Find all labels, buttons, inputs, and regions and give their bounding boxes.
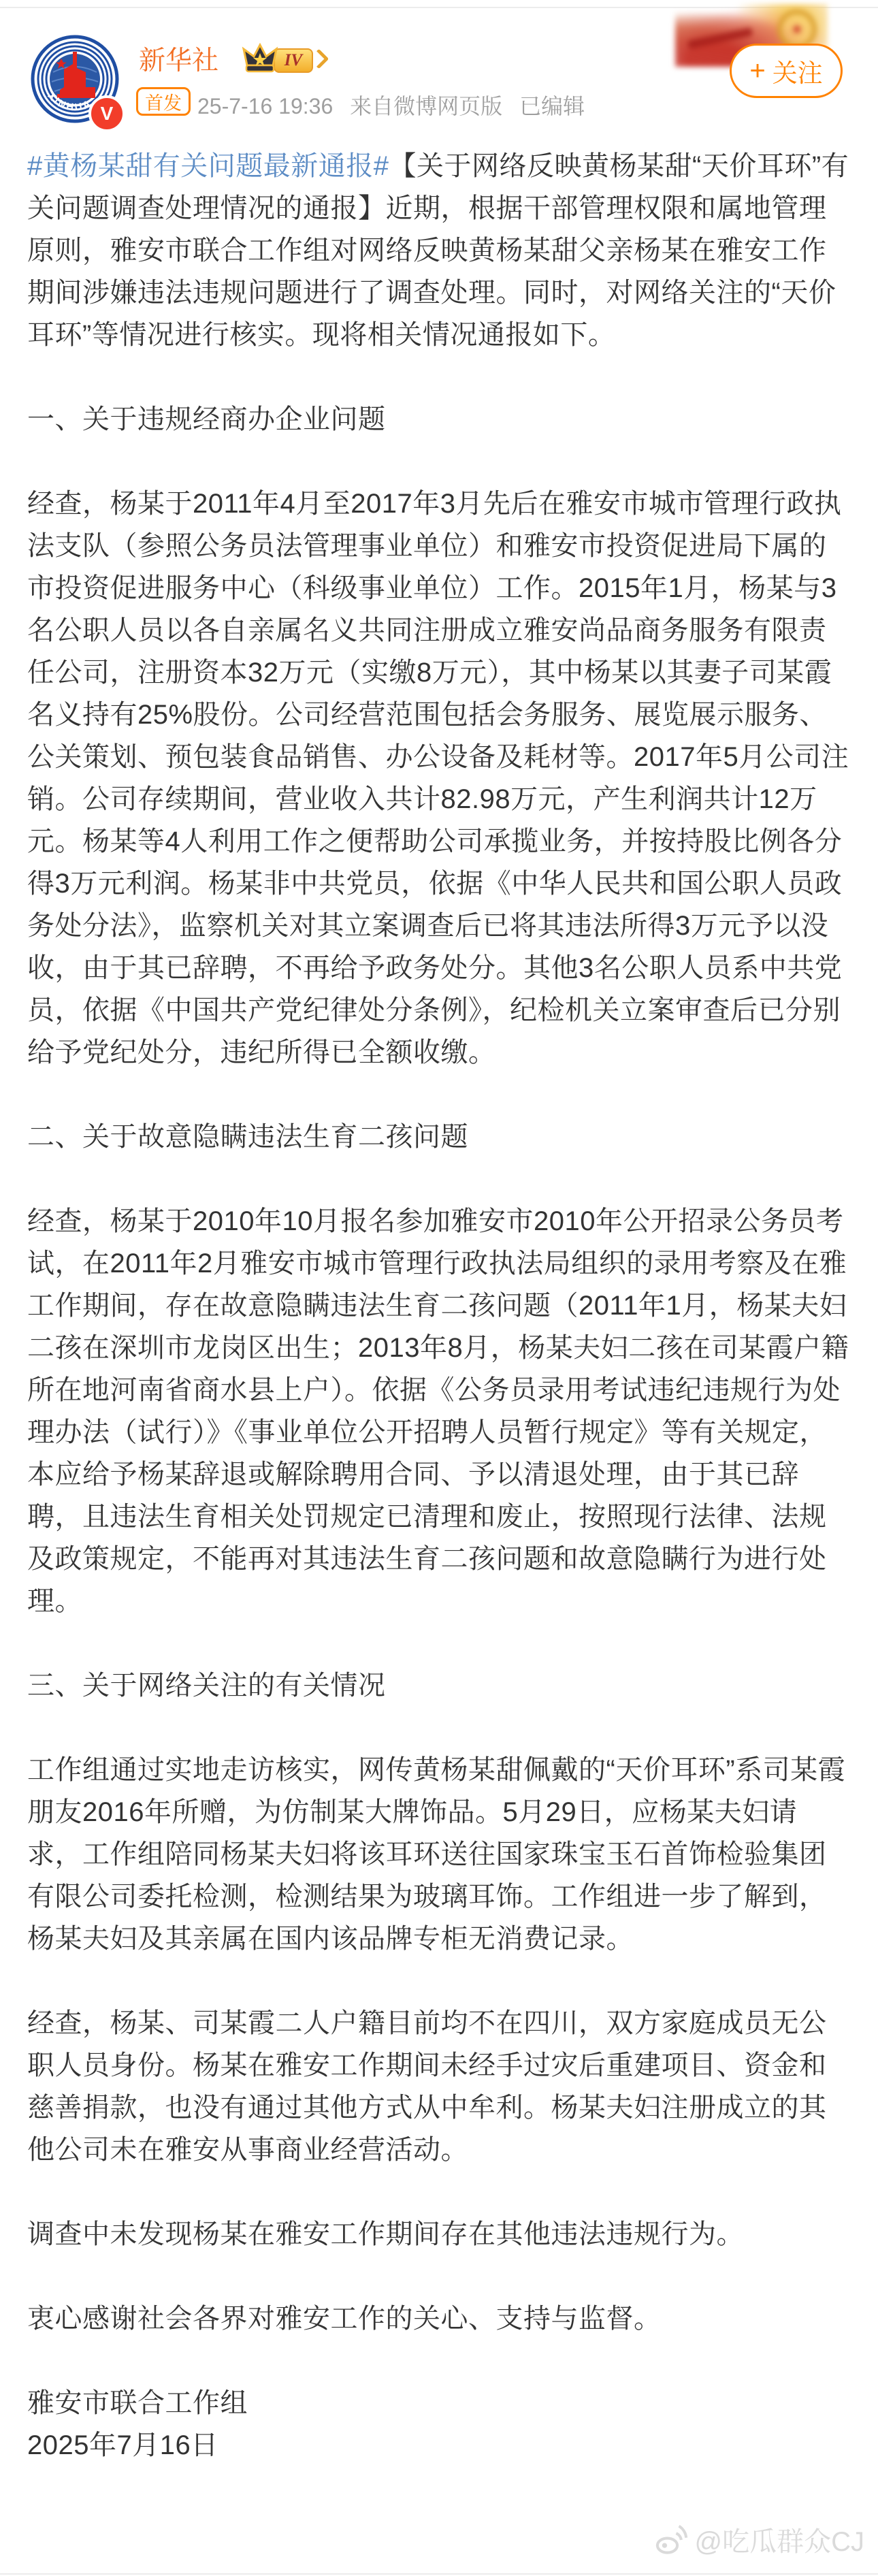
post-paragraph: 一、关于违规经商办企业问题 [27, 398, 852, 440]
post-time: 25-7-16 19:36 [197, 94, 333, 118]
post-body: #黄杨某甜有关问题最新通报#【关于网络反映黄杨某甜“天价耳环”有关问题调查处理情… [27, 145, 852, 2466]
hashtag-link[interactable]: #黄杨某甜有关问题最新通报# [27, 151, 389, 181]
text-run: 调查中未发现杨某在雅安工作期间存在其他违法违规行为。 [27, 2219, 744, 2249]
post-meta: 25-7-16 19:36 来自微博网页版 已编辑 [197, 89, 596, 120]
post-paragraph: 经查，杨某于2011年4月至2017年3月先后在雅安市城市管理行政执法支队（参照… [27, 483, 852, 1074]
post-paragraph: 二、关于故意隐瞒违法生育二孩问题 [27, 1116, 852, 1158]
text-run: 经查，杨某、司某霞二人户籍目前均不在四川，双方家庭成员无公职人员身份。杨某在雅安… [27, 2008, 827, 2165]
text-run: 二、关于故意隐瞒违法生育二孩问题 [27, 1122, 468, 1152]
post-paragraph: 调查中未发现杨某在雅安工作期间存在其他违法违规行为。 [27, 2213, 852, 2255]
text-run: 一、关于违规经商办企业问题 [27, 404, 386, 434]
post-paragraph: 三、关于网络关注的有关情况 [27, 1664, 852, 1707]
follow-button[interactable]: + 关注 [730, 44, 843, 98]
post-edited-flag: 已编辑 [519, 94, 585, 118]
text-run: 经查，杨某于2010年10月报名参加雅安市2010年公开招录公务员考试，在201… [27, 1206, 849, 1616]
plus-icon: + [749, 57, 765, 84]
text-run: 经查，杨某于2011年4月至2017年3月先后在雅安市城市管理行政执法支队（参照… [27, 489, 849, 1067]
follow-label: 关注 [773, 52, 823, 89]
first-release-badge: 首发 [136, 87, 191, 116]
bottom-divider [0, 2573, 878, 2575]
weibo-logo-icon [654, 2522, 689, 2558]
post-paragraph: 经查，杨某于2010年10月报名参加雅安市2010年公开招录公务员考试，在201… [27, 1200, 852, 1622]
text-run: 三、关于网络关注的有关情况 [27, 1671, 386, 1701]
post-paragraph: 工作组通过实地走访核实，网传黄杨某甜佩戴的“天价耳环”系司某霞朋友2016年所赠… [27, 1749, 852, 1960]
weibo-post-page: ★ XINHUA V 新华社 [0, 0, 878, 2576]
emblem-star-icon: ★ [790, 22, 804, 37]
post-paragraph: 衷心感谢社会各界对雅安工作的关心、支持与监督。 [27, 2298, 852, 2340]
watermark-handle: @吃瓜群众CJ [695, 2520, 865, 2559]
text-run: 雅安市联合工作组 2025年7月16日 [27, 2388, 248, 2460]
post-source: 来自微博网页版 [350, 94, 502, 118]
text-run: 工作组通过实地走访核实，网传黄杨某甜佩戴的“天价耳环”系司某霞朋友2016年所赠… [27, 1755, 845, 1954]
post-paragraph: #黄杨某甜有关问题最新通报#【关于网络反映黄杨某甜“天价耳环”有关问题调查处理情… [27, 145, 852, 356]
level-pill: IV [274, 48, 313, 73]
post-paragraph: 经查，杨某、司某霞二人户籍目前均不在四川，双方家庭成员无公职人员身份。杨某在雅安… [27, 2002, 852, 2171]
username[interactable]: 新华社 [139, 45, 218, 78]
weibo-watermark: @吃瓜群众CJ [654, 2520, 865, 2559]
tiananmen-roof-shape [687, 27, 753, 49]
text-run: 衷心感谢社会各界对雅安工作的关心、支持与监督。 [27, 2304, 662, 2334]
top-divider [0, 7, 878, 8]
post-paragraph: 雅安市联合工作组 2025年7月16日 [27, 2382, 852, 2466]
avatar[interactable]: XINHUA V [30, 34, 120, 124]
crown-icon [241, 41, 279, 76]
user-level-badge: IV [241, 41, 343, 76]
verified-badge-icon: V [88, 95, 125, 132]
